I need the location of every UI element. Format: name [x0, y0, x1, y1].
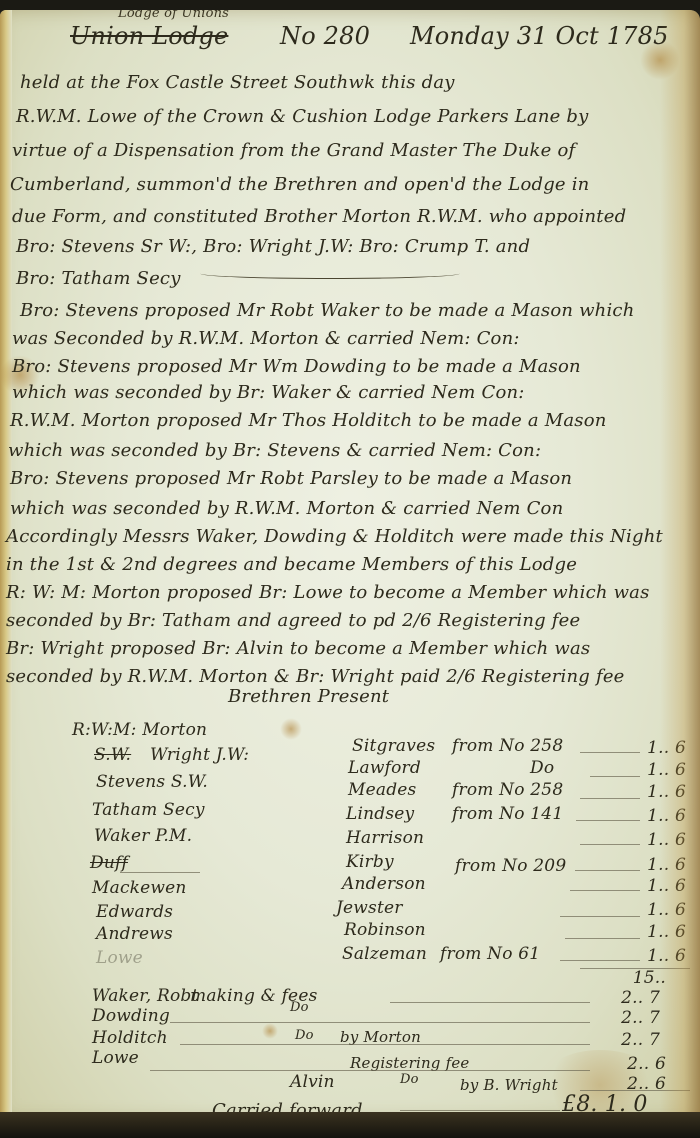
ledger-rule — [580, 752, 640, 753]
visitor-name: Robinson — [344, 920, 426, 940]
brethren-name: Waker P.M. — [94, 826, 192, 846]
minute-line: R.W.M. Morton proposed Mr Thos Holditch … — [10, 410, 607, 431]
minute-line: which was seconded by Br: Stevens & carr… — [8, 440, 541, 461]
struck-lodge-title: Union Lodge — [70, 22, 228, 50]
fee-name: Waker, Robt — [92, 986, 199, 1006]
ledger-rule — [575, 870, 640, 871]
inserted-lodge-title: Lodge of Unions — [118, 10, 229, 21]
visitor-lodge: from No 258 — [452, 780, 563, 800]
ledger-rule — [576, 820, 640, 821]
visitor-name: Salzeman — [342, 944, 427, 964]
visitor-lodge: Do — [530, 758, 554, 778]
fee-amount: 2.. 7 — [600, 1030, 660, 1050]
fee-name: Holditch — [92, 1028, 168, 1048]
minute-line: Br: Wright proposed Br: Alvin to become … — [6, 638, 590, 659]
visitor-lodge: from No 61 — [440, 944, 540, 964]
brethren-present-heading: Brethren Present — [228, 686, 389, 707]
total-rule — [400, 1110, 560, 1111]
lodge-number: No 280 — [280, 22, 370, 50]
fee-description: Do — [295, 1028, 314, 1043]
visitor-fee: 1.. 6 — [640, 806, 686, 826]
ledger-rule — [560, 960, 640, 961]
brethren-name: Wright J.W: — [150, 745, 249, 765]
visitor-lodge: from No 258 — [452, 736, 563, 756]
brethren-name: Edwards — [96, 902, 173, 922]
struck-office: S.W. — [94, 745, 131, 765]
fee-amount: 2.. 6 — [600, 1054, 666, 1074]
visitors-subtotal: 15.. — [600, 968, 666, 988]
brethren-name: Stevens S.W. — [96, 772, 208, 792]
minute-line: seconded by Br: Tatham and agreed to pd … — [6, 610, 580, 631]
ledger-rule — [560, 916, 640, 917]
ledger-rule — [180, 1044, 590, 1045]
ledger-rule — [580, 798, 640, 799]
fee-description: Do — [400, 1072, 419, 1087]
minute-line: due Form, and constituted Brother Morton… — [12, 206, 626, 227]
visitor-fee: 1.. 6 — [640, 876, 686, 896]
ledger-page: Lodge of Unions Union Lodge No 280 Monda… — [0, 10, 700, 1120]
ledger-rule — [565, 938, 640, 939]
minute-line: Cumberland, summon'd the Brethren and op… — [10, 174, 589, 195]
minute-line: Bro: Stevens Sr W:, Bro: Wright J.W: Bro… — [16, 236, 530, 257]
visitor-fee: 1.. 6 — [640, 922, 686, 942]
visitor-name: Anderson — [342, 874, 426, 894]
minute-line: in the 1st & 2nd degrees and became Memb… — [6, 554, 577, 575]
visitor-name: Sitgraves — [352, 736, 435, 756]
ledger-rule — [590, 776, 640, 777]
brethren-name: Andrews — [96, 924, 173, 944]
visitor-name: Meades — [348, 780, 416, 800]
brethren-name: R:W:M: Morton — [72, 720, 207, 740]
minute-line: seconded by R.W.M. Morton & Br: Wright p… — [6, 666, 625, 687]
fee-description: Do — [290, 1000, 309, 1015]
ledger-rule — [390, 1002, 590, 1003]
ledger-rule — [580, 844, 640, 845]
visitor-fee: 1.. 6 — [640, 830, 686, 850]
minute-line: R.W.M. Lowe of the Crown & Cushion Lodge… — [16, 106, 589, 127]
minute-line: held at the Fox Castle Street Southwk th… — [20, 72, 455, 93]
visitor-name: Kirby — [346, 852, 394, 872]
meeting-date: Monday 31 Oct 1785 — [410, 22, 669, 50]
ink-stain — [280, 718, 302, 740]
minute-line: Bro: Stevens proposed Mr Wm Dowding to b… — [12, 356, 581, 377]
fee-amount: 2.. 7 — [600, 1008, 660, 1028]
visitor-fee: 1.. 6 — [640, 855, 686, 875]
ledger-rule — [170, 1022, 590, 1023]
fee-name: Dowding — [92, 1006, 170, 1026]
fee-name: Alvin — [290, 1072, 335, 1092]
fee-amount: 2.. 7 — [600, 988, 660, 1008]
visitor-fee: 1.. 6 — [640, 760, 686, 780]
ledger-rule — [570, 890, 640, 891]
visitor-name: Lindsey — [346, 804, 414, 824]
minute-line: was Seconded by R.W.M. Morton & carried … — [12, 328, 520, 349]
minute-line: Accordingly Messrs Waker, Dowding & Hold… — [6, 526, 663, 547]
brethren-name: Mackewen — [92, 878, 187, 898]
brethren-name: Lowe — [96, 948, 143, 968]
visitor-lodge: from No 209 — [455, 856, 566, 876]
visitor-name: Lawford — [348, 758, 421, 778]
ink-stain — [262, 1023, 278, 1039]
fee-name: Lowe — [92, 1048, 139, 1068]
book-edge-shadow — [0, 1112, 700, 1138]
strike-line — [120, 872, 200, 873]
visitor-lodge: from No 141 — [452, 804, 563, 824]
minute-line: which was seconded by Br: Waker & carrie… — [12, 382, 525, 403]
minute-line: virtue of a Dispensation from the Grand … — [12, 140, 575, 161]
ledger-rule — [150, 1070, 590, 1071]
flourish — [200, 268, 460, 279]
visitor-fee: 1.. 6 — [640, 782, 686, 802]
visitor-name: Jewster — [336, 898, 403, 918]
visitor-name: Harrison — [346, 828, 424, 848]
minute-line: Bro: Stevens proposed Mr Robt Parsley to… — [10, 468, 572, 489]
minute-line: R: W: M: Morton proposed Br: Lowe to bec… — [6, 582, 650, 603]
visitor-fee: 1.. 6 — [640, 946, 686, 966]
minute-line: which was seconded by R.W.M. Morton & ca… — [10, 498, 563, 519]
brethren-name-struck: Duff — [90, 853, 128, 873]
visitor-fee: 1.. 6 — [640, 738, 686, 758]
visitor-fee: 1.. 6 — [640, 900, 686, 920]
minute-line: Bro: Stevens proposed Mr Robt Waker to b… — [20, 300, 635, 321]
minute-line: Bro: Tatham Secy — [16, 268, 181, 289]
fee-amount: 2.. 6 — [600, 1074, 666, 1094]
brethren-name: Tatham Secy — [92, 800, 205, 820]
fee-note: by B. Wright — [460, 1076, 558, 1094]
